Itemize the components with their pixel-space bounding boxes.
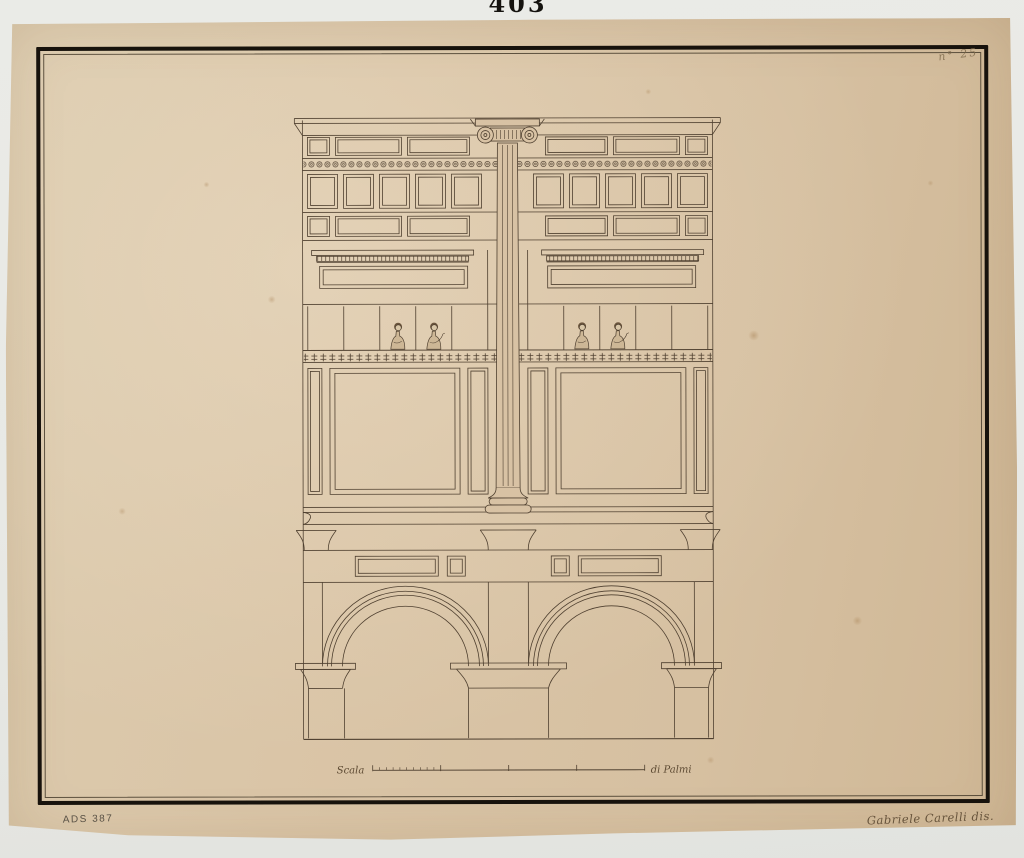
figure-woman [427,323,445,350]
spandrel-pier-strips [322,582,694,664]
left-pier-capital [295,663,355,688]
photographed-drawing: 403 n° 25 [0,0,1024,858]
scale-label-left: Scala [337,765,365,775]
elevation-linework: Scala di Palmi [294,118,721,776]
drawing-paper-sheet: n° 25 [5,18,1018,847]
left-lintel-cornice [312,250,474,288]
stylobate-moldings [296,512,720,551]
right-pier-capital [661,663,721,688]
scale-label-right: di Palmi [651,765,692,776]
figure-woman [575,322,589,349]
arcade-frieze-panels [303,556,713,583]
ionic-capital [470,119,544,143]
archive-number: ADS 387 [63,813,114,825]
artist-signature: Gabriele Carelli dis. [866,809,994,828]
left-arch [322,586,488,666]
column-base [485,488,531,513]
architectural-elevation-drawing: Scala di Palmi [291,110,722,776]
figure-woman [611,322,629,349]
page-number: 403 [488,0,548,18]
right-lintel-cornice [542,250,704,288]
center-pier-capital [450,663,566,688]
pier-shafts [304,688,714,740]
right-arch [528,586,694,666]
figure-woman [391,323,405,350]
scale-bar: Scala di Palmi [337,765,692,776]
